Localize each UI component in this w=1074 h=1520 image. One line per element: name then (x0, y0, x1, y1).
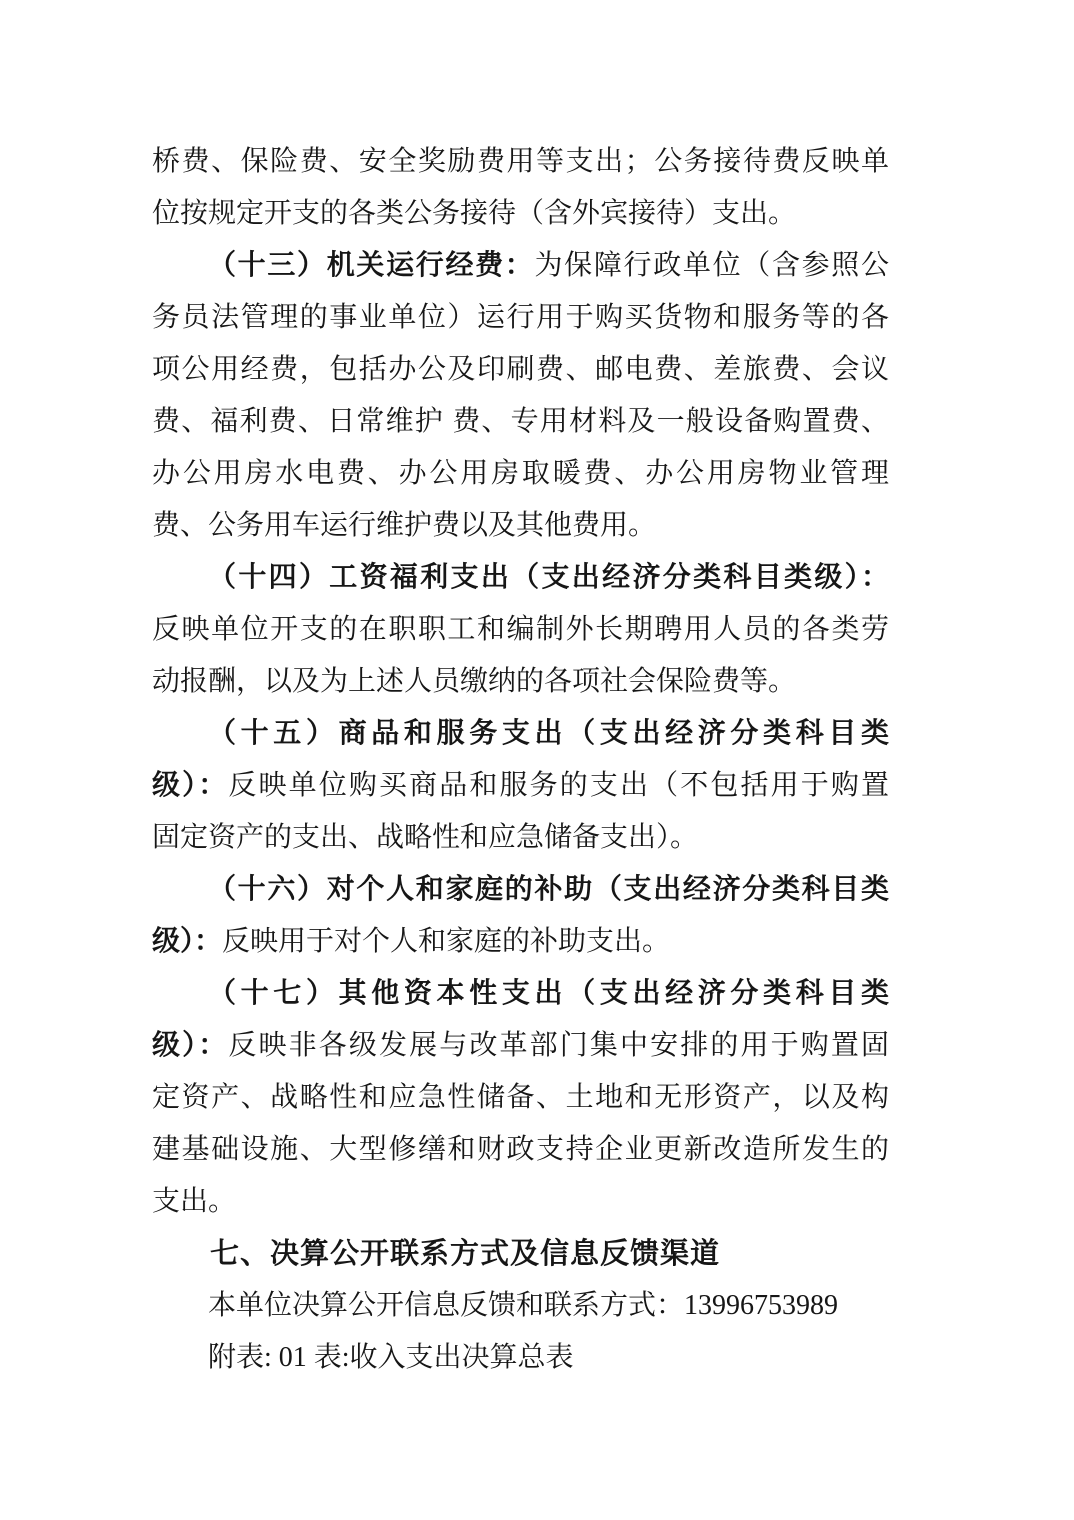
paragraph-lead: 级）： (152, 770, 228, 801)
paragraph-text: 反映单位开支的在职职工和编制外长期聘用人员的各类劳 (152, 614, 889, 645)
paragraph-text: 建基础设施、大型修缮和财政支持企业更新改造所发生的 (152, 1134, 889, 1165)
paragraph-text: 费、公务用车运行维护费以及其他费用。 (152, 510, 656, 541)
attachment-note-text: 附表: 01 表:收入支出决算总表 (208, 1342, 574, 1373)
document-page: 桥费、保险费、安全奖励费用等支出；公务接待费反映单 位按规定开支的各类公务接待（… (0, 0, 1074, 1520)
paragraph-text: 反映用于对个人和家庭的补助支出。 (222, 926, 670, 957)
paragraph-text: 定资产、战略性和应急性储备、土地和无形资产，以及构 (152, 1082, 889, 1113)
paragraph-lead: 级）： (152, 926, 222, 957)
body-line-5: 项公用经费，包括办公及印刷费、邮电费、差旅费、会议 (152, 344, 889, 396)
paragraph-text: 项公用经费，包括办公及印刷费、邮电费、差旅费、会议 (152, 354, 889, 385)
para-16-first-line: （十六）对个人和家庭的补助（支出经济分类科目类 (152, 864, 889, 916)
contact-phone-number: 13996753989 (684, 1290, 838, 1321)
body-line-21: 支出。 (152, 1176, 889, 1228)
para-13-first-line: （十三）机关运行经费：为保障行政单位（含参照公 (152, 240, 889, 292)
paragraph-text: 桥费、保险费、安全奖励费用等支出；公务接待费反映单 (152, 146, 889, 177)
paragraph-lead: （十七）其他资本性支出（支出经济分类科目类 (208, 978, 889, 1009)
paragraph-lead: （十四）工资福利支出（支出经济分类科目类级）： (208, 562, 889, 593)
para-14-first-line: （十四）工资福利支出（支出经济分类科目类级）： (152, 552, 889, 604)
body-line-1: 桥费、保险费、安全奖励费用等支出；公务接待费反映单 (152, 136, 889, 188)
paragraph-text: 动报酬，以及为上述人员缴纳的各项社会保险费等。 (152, 666, 796, 697)
body-line-8: 费、公务用车运行维护费以及其他费用。 (152, 500, 889, 552)
body-line-16: 级）：反映用于对个人和家庭的补助支出。 (152, 916, 889, 968)
paragraph-lead: （十三）机关运行经费： (208, 250, 535, 281)
contact-line: 本单位决算公开信息反馈和联系方式：13996753989 (152, 1280, 889, 1332)
body-line-11: 动报酬，以及为上述人员缴纳的各项社会保险费等。 (152, 656, 889, 708)
para-17-first-line: （十七）其他资本性支出（支出经济分类科目类 (152, 968, 889, 1020)
body-line-2: 位按规定开支的各类公务接待（含外宾接待）支出。 (152, 188, 889, 240)
section-heading-text: 七、决算公开联系方式及信息反馈渠道 (210, 1238, 720, 1270)
attachment-note: 附表: 01 表:收入支出决算总表 (152, 1332, 889, 1384)
body-line-7: 办公用房水电费、办公用房取暖费、办公用房物业管理 (152, 448, 889, 500)
paragraph-text: 费、福利费、日常维护 费、专用材料及一般设备购置费、 (152, 406, 889, 437)
paragraph-text: 务员法管理的事业单位）运行用于购买货物和服务等的各 (152, 302, 889, 333)
section-heading: 七、决算公开联系方式及信息反馈渠道 (152, 1228, 889, 1280)
contact-label: 本单位决算公开信息反馈和联系方式： (208, 1290, 684, 1321)
paragraph-text: 反映单位购买商品和服务的支出（不包括用于购置 (228, 770, 889, 801)
document-text-block: 桥费、保险费、安全奖励费用等支出；公务接待费反映单 位按规定开支的各类公务接待（… (152, 136, 889, 1384)
body-line-10: 反映单位开支的在职职工和编制外长期聘用人员的各类劳 (152, 604, 889, 656)
body-line-6: 费、福利费、日常维护 费、专用材料及一般设备购置费、 (152, 396, 889, 448)
paragraph-text: 反映非各级发展与改革部门集中安排的用于购置固 (228, 1030, 889, 1061)
body-line-14: 固定资产的支出、战略性和应急储备支出）。 (152, 812, 889, 864)
paragraph-lead: （十六）对个人和家庭的补助（支出经济分类科目类 (208, 874, 889, 905)
body-line-13: 级）：反映单位购买商品和服务的支出（不包括用于购置 (152, 760, 889, 812)
paragraph-text: 位按规定开支的各类公务接待（含外宾接待）支出。 (152, 198, 796, 229)
body-line-20: 建基础设施、大型修缮和财政支持企业更新改造所发生的 (152, 1124, 889, 1176)
body-line-18: 级）：反映非各级发展与改革部门集中安排的用于购置固 (152, 1020, 889, 1072)
paragraph-lead: （十五）商品和服务支出（支出经济分类科目类 (208, 718, 889, 749)
paragraph-text: 固定资产的支出、战略性和应急储备支出）。 (152, 822, 698, 853)
paragraph-text: 办公用房水电费、办公用房取暖费、办公用房物业管理 (152, 458, 889, 489)
paragraph-lead: 级）： (152, 1030, 228, 1061)
para-15-first-line: （十五）商品和服务支出（支出经济分类科目类 (152, 708, 889, 760)
body-line-4: 务员法管理的事业单位）运行用于购买货物和服务等的各 (152, 292, 889, 344)
paragraph-text: 为保障行政单位（含参照公 (535, 250, 890, 281)
body-line-19: 定资产、战略性和应急性储备、土地和无形资产，以及构 (152, 1072, 889, 1124)
paragraph-text: 支出。 (152, 1186, 236, 1217)
